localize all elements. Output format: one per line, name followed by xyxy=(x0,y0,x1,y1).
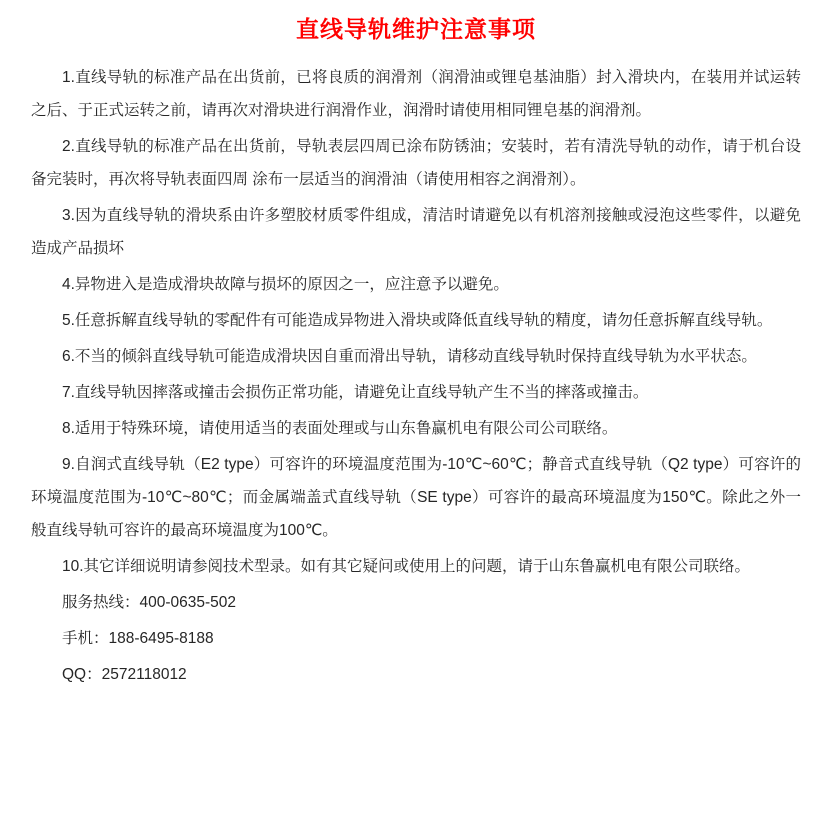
paragraph-9: 9.自润式直线导轨（E2 type）可容许的环境温度范围为-10℃~60℃；静音… xyxy=(31,448,801,547)
contact-qq: QQ：2572118012 xyxy=(31,658,801,691)
contact-hotline-label: 服务热线： xyxy=(62,594,140,611)
paragraph-10: 10.其它详细说明请参阅技术型录。如有其它疑问或使用上的问题，请于山东鲁赢机电有… xyxy=(31,550,801,583)
contact-hotline-value: 400-0635-502 xyxy=(140,594,237,611)
paragraph-5: 5.任意拆解直线导轨的零配件有可能造成异物进入滑块或降低直线导轨的精度，请勿任意… xyxy=(31,304,801,337)
page-title: 直线导轨维护注意事项 xyxy=(0,14,832,44)
contact-hotline: 服务热线：400-0635-502 xyxy=(31,586,801,619)
contact-qq-value: 2572118012 xyxy=(102,666,187,683)
contact-mobile-value: 188-6495-8188 xyxy=(109,630,214,647)
document-body: 1.直线导轨的标准产品在出货前，已将良质的润滑剂（润滑油或锂皂基油脂）封入滑块内… xyxy=(31,61,801,691)
paragraph-4: 4.异物进入是造成滑块故障与损坏的原因之一，应注意予以避免。 xyxy=(31,268,801,301)
paragraph-8: 8.适用于特殊环境，请使用适当的表面处理或与山东鲁赢机电有限公司公司联络。 xyxy=(31,412,801,445)
paragraph-1: 1.直线导轨的标准产品在出货前，已将良质的润滑剂（润滑油或锂皂基油脂）封入滑块内… xyxy=(31,61,801,127)
paragraph-2: 2.直线导轨的标准产品在出货前，导轨表层四周已涂布防锈油；安装时，若有清洗导轨的… xyxy=(31,130,801,196)
contact-mobile-label: 手机： xyxy=(62,630,109,647)
contact-mobile: 手机：188-6495-8188 xyxy=(31,622,801,655)
contact-qq-label: QQ： xyxy=(62,666,102,683)
paragraph-3: 3.因为直线导轨的滑块系由许多塑胶材质零件组成，清洁时请避免以有机溶剂接触或浸泡… xyxy=(31,199,801,265)
document-page: 直线导轨维护注意事项 1.直线导轨的标准产品在出货前，已将良质的润滑剂（润滑油或… xyxy=(0,0,832,823)
paragraph-6: 6.不当的倾斜直线导轨可能造成滑块因自重而滑出导轨，请移动直线导轨时保持直线导轨… xyxy=(31,340,801,373)
paragraph-7: 7.直线导轨因摔落或撞击会损伤正常功能，请避免让直线导轨产生不当的摔落或撞击。 xyxy=(31,376,801,409)
